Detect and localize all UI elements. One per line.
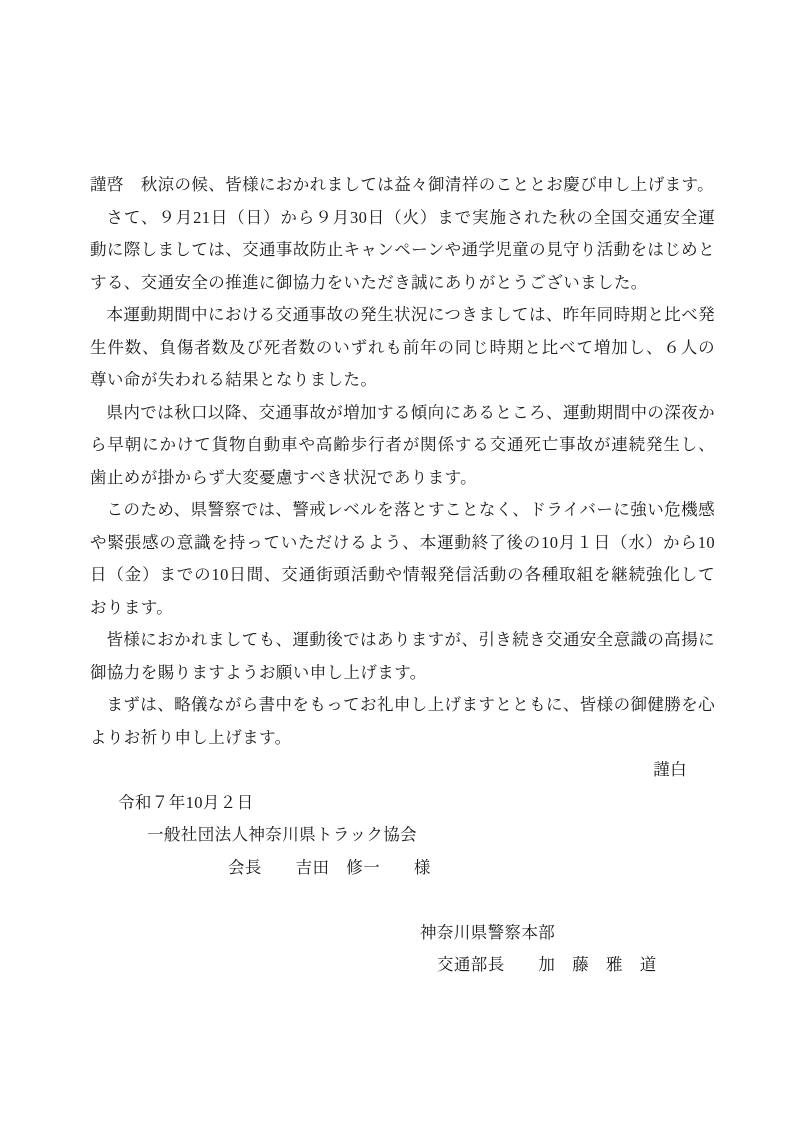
sender-name: 交通部長 加 藤 雅 道 xyxy=(90,949,715,982)
letter-page: 謹啓 秋涼の候、皆様におかれましては益々御清祥のこととお慶び申し上げます。 さて… xyxy=(0,0,794,1123)
sender-organization: 神奈川県警察本部 xyxy=(90,917,715,950)
spacer xyxy=(90,884,715,917)
letter-date: 令和７年10月２日 xyxy=(90,787,715,820)
letter-opening-paragraph: 謹啓 秋涼の候、皆様におかれましては益々御清祥のこととお慶び申し上げます。 xyxy=(90,169,715,202)
recipient-name: 会長 吉田 修一 様 xyxy=(90,852,715,885)
letter-body: 謹啓 秋涼の候、皆様におかれましては益々御清祥のこととお慶び申し上げます。 さて… xyxy=(90,169,715,754)
letter-paragraph: 皆様におかれましても、運動後ではありますが、引き続き交通安全意識の高揚に御協力を… xyxy=(90,624,715,689)
letter-paragraph: このため、県警察では、警戒レベルを落とすことなく、ドライバーに強い危機感や緊張感… xyxy=(90,494,715,624)
letter-paragraph: さて、９月21日（日）から９月30日（火）まで実施された秋の全国交通安全運動に際… xyxy=(90,202,715,300)
letter-paragraph: 本運動期間中における交通事故の発生状況につきましては、昨年同時期と比べ発生件数、… xyxy=(90,299,715,397)
closing-word: 謹白 xyxy=(90,754,715,787)
recipient-organization: 一般社団法人神奈川県トラック協会 xyxy=(90,819,715,852)
letter-closing-paragraph: まずは、略儀ながら書中をもってお礼申し上げますとともに、皆様の御健勝を心よりお祈… xyxy=(90,689,715,754)
letter-paragraph: 県内では秋口以降、交通事故が増加する傾向にあるところ、運動期間中の深夜から早朝に… xyxy=(90,397,715,495)
